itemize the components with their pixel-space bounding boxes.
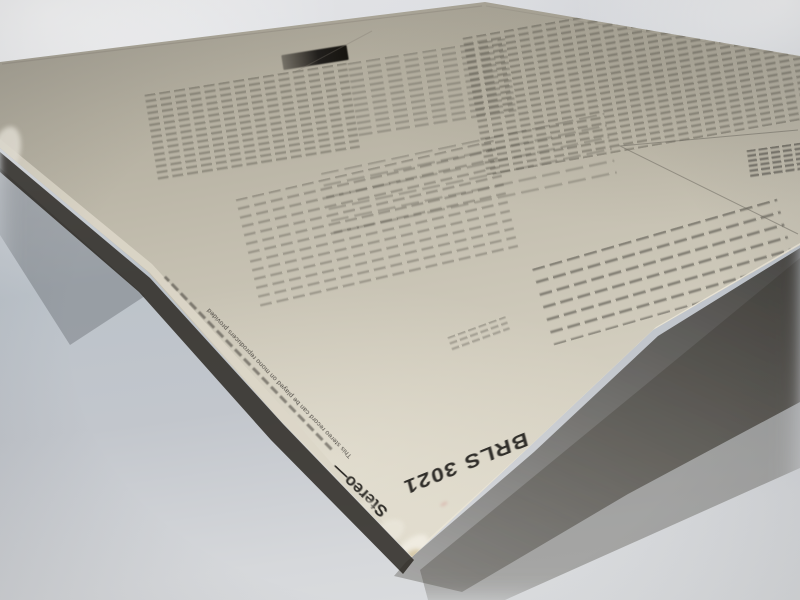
photo-scene: BRLS 3021 Stereo— This stereo record can… <box>0 0 800 600</box>
sleeve-seam-line <box>295 31 372 72</box>
credits-box-outline <box>620 130 798 234</box>
